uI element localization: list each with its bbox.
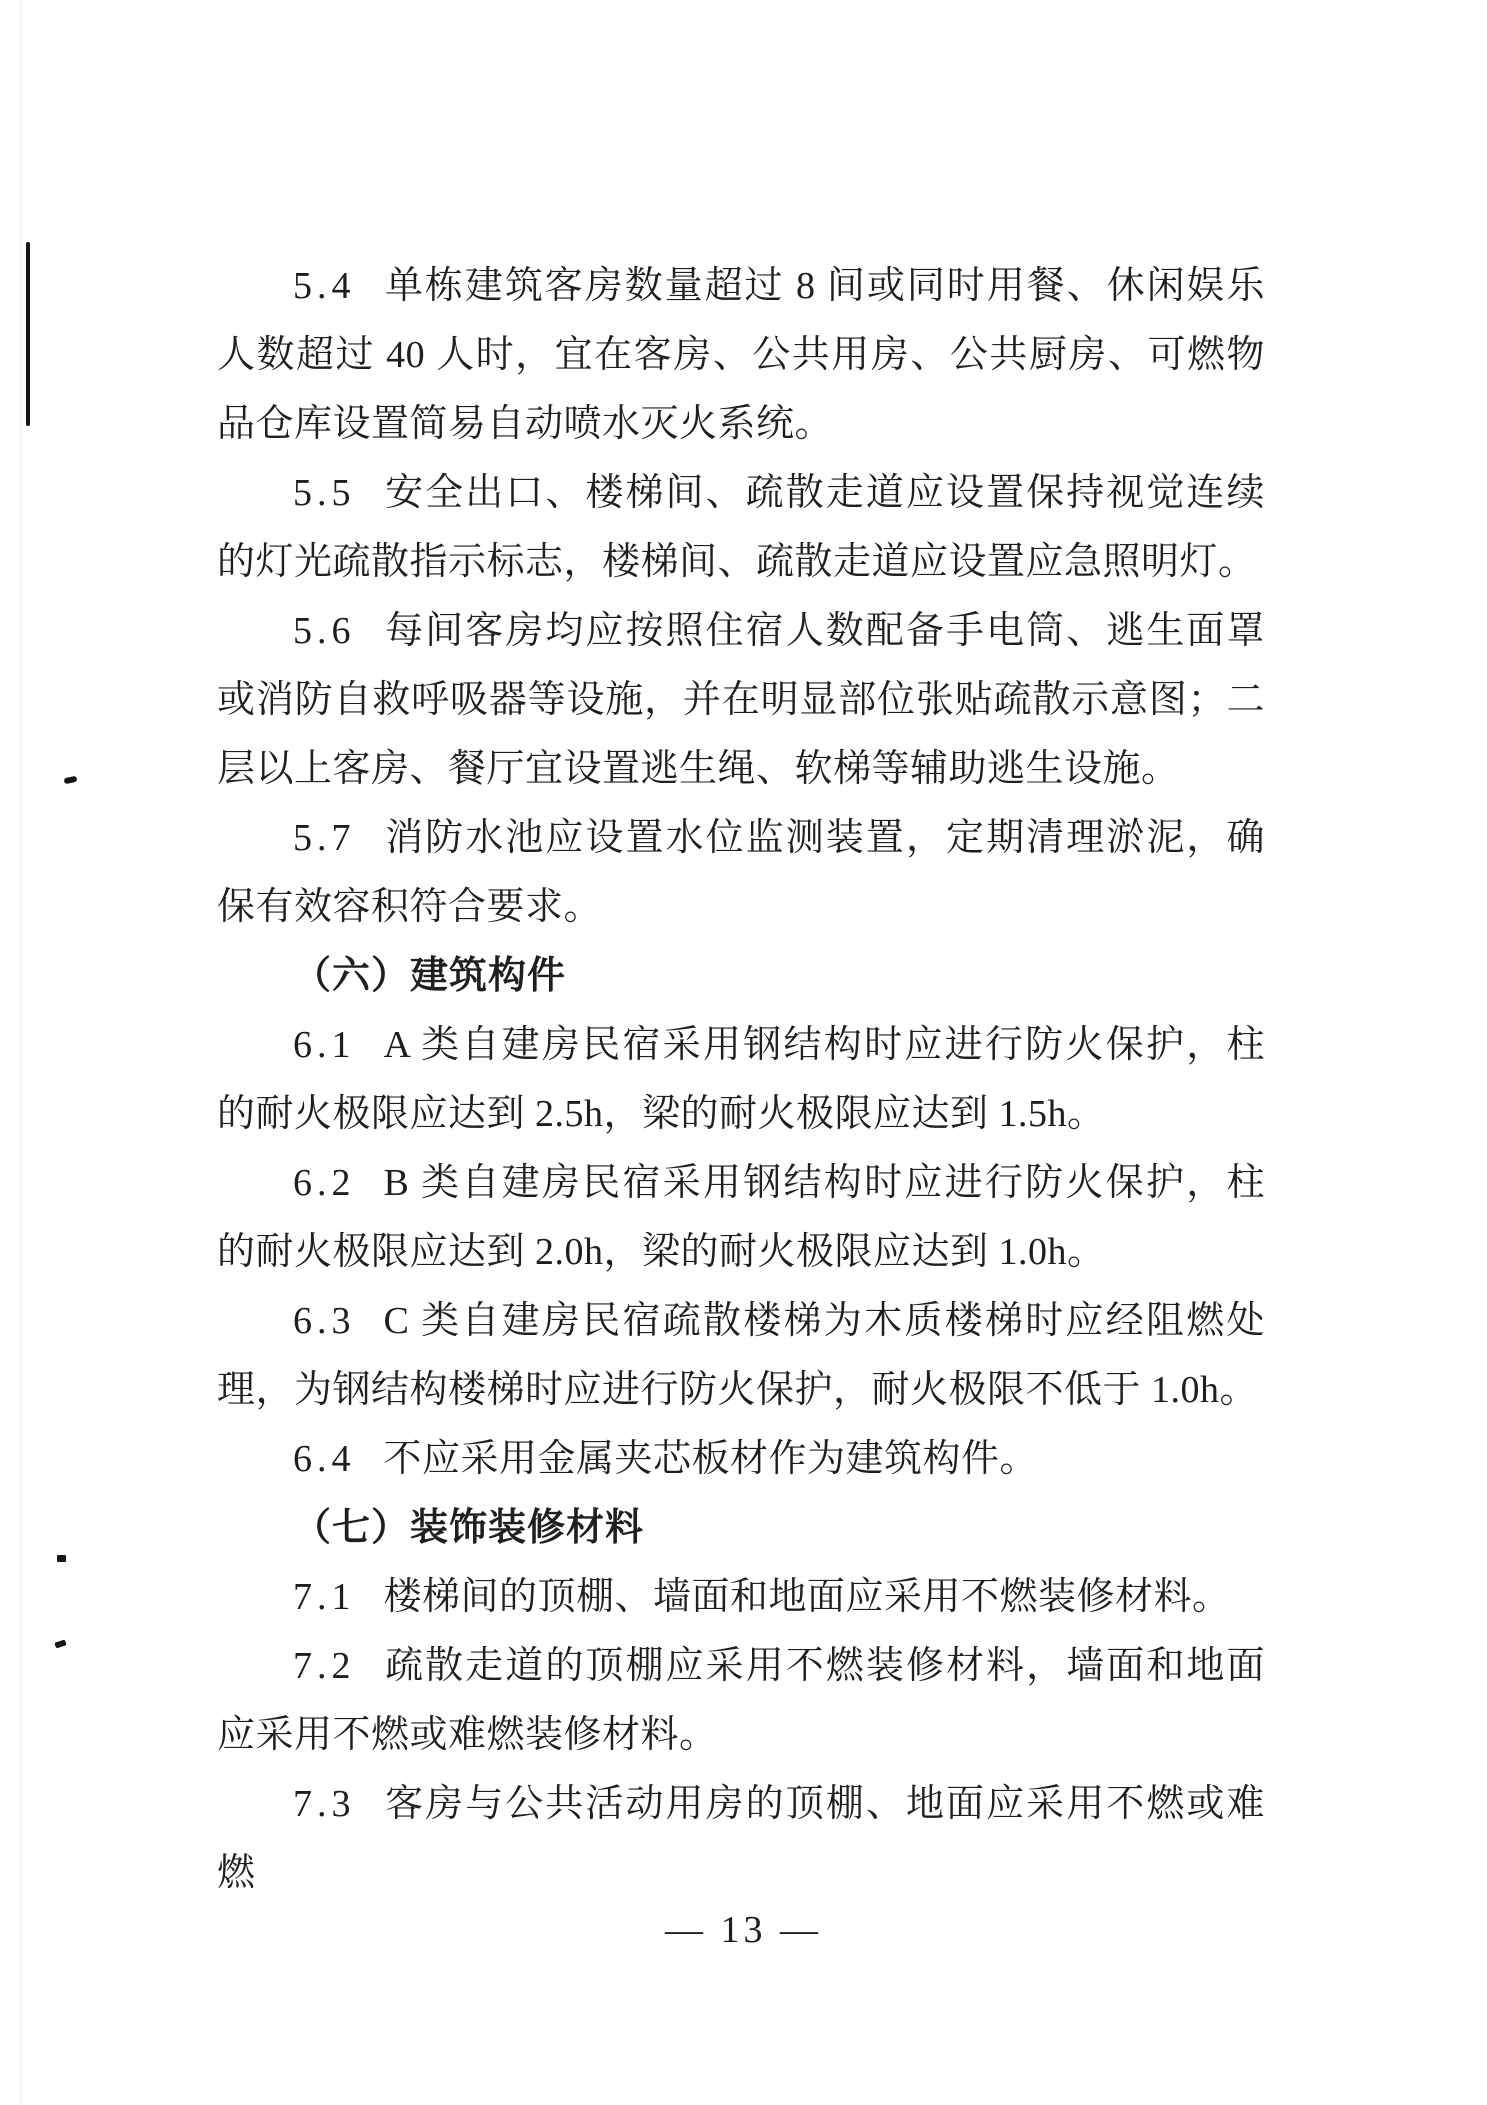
clause-number: 6.4 [293, 1438, 356, 1480]
para-7-3: 7.3客房与公共活动用房的顶棚、地面应采用不燃或难燃 [217, 1770, 1265, 1908]
section-heading-7: （七）装饰装修材料 [217, 1494, 1265, 1563]
clause-number: 5.5 [293, 472, 356, 514]
clause-text: 客房与公共活动用房的顶棚、地面应采用不燃或难燃 [217, 1783, 1265, 1894]
para-5-5: 5.5安全出口、楼梯间、疏散走道应设置保持视觉连续的灯光疏散指示标志，楼梯间、疏… [217, 459, 1265, 597]
document-body: 5.4单栋建筑客房数量超过 8 间或同时用餐、休闲娱乐人数超过 40 人时，宜在… [217, 252, 1265, 1908]
clause-text: C 类自建房民宿疏散楼梯为木质楼梯时应经阻燃处理，为钢结构楼梯时应进行防火保护，… [217, 1300, 1265, 1411]
clause-text: 疏散走道的顶棚应采用不燃装修材料，墙面和地面应采用不燃或难燃装修材料。 [217, 1645, 1265, 1756]
clause-number: 7.3 [293, 1783, 356, 1825]
para-6-1: 6.1A 类自建房民宿采用钢结构时应进行防火保护，柱的耐火极限应达到 2.5h，… [217, 1011, 1265, 1149]
clause-text: 消防水池应设置水位监测装置，定期清理淤泥，确保有效容积符合要求。 [217, 817, 1265, 928]
clause-number: 6.1 [293, 1024, 356, 1066]
clause-text: 楼梯间的顶棚、墙面和地面应采用不燃装修材料。 [384, 1576, 1231, 1618]
para-7-2: 7.2疏散走道的顶棚应采用不燃装修材料，墙面和地面应采用不燃或难燃装修材料。 [217, 1632, 1265, 1770]
clause-text: 不应采用金属夹芯板材作为建筑构件。 [384, 1438, 1039, 1480]
scanned-document-page: 5.4单栋建筑客房数量超过 8 间或同时用餐、休闲娱乐人数超过 40 人时，宜在… [0, 0, 1487, 2105]
clause-text: 安全出口、楼梯间、疏散走道应设置保持视觉连续的灯光疏散指示标志，楼梯间、疏散走道… [217, 472, 1265, 583]
clause-number: 6.2 [293, 1162, 356, 1204]
page-number: — 13 — [0, 1908, 1487, 1952]
clause-number: 6.3 [293, 1300, 356, 1342]
clause-text: 每间客房均应按照住宿人数配备手电筒、逃生面罩或消防自救呼吸器等设施，并在明显部位… [217, 610, 1265, 790]
clause-number: 5.4 [293, 265, 356, 307]
clause-text: 单栋建筑客房数量超过 8 间或同时用餐、休闲娱乐人数超过 40 人时，宜在客房、… [217, 265, 1265, 445]
para-6-2: 6.2B 类自建房民宿采用钢结构时应进行防火保护，柱的耐火极限应达到 2.0h，… [217, 1149, 1265, 1287]
stray-ink-mark [57, 1555, 66, 1562]
clause-text: A 类自建房民宿采用钢结构时应进行防火保护，柱的耐火极限应达到 2.5h，梁的耐… [217, 1024, 1265, 1135]
clause-number: 7.1 [293, 1576, 356, 1618]
clause-text: B 类自建房民宿采用钢结构时应进行防火保护，柱的耐火极限应达到 2.0h，梁的耐… [217, 1162, 1265, 1273]
heading-text: （六）建筑构件 [293, 955, 566, 997]
scan-streak-line [20, 0, 22, 2105]
stray-ink-mark [64, 776, 78, 785]
clause-number: 5.6 [293, 610, 356, 652]
para-5-4: 5.4单栋建筑客房数量超过 8 间或同时用餐、休闲娱乐人数超过 40 人时，宜在… [217, 252, 1265, 459]
para-6-4: 6.4不应采用金属夹芯板材作为建筑构件。 [217, 1425, 1265, 1494]
clause-number: 5.7 [293, 817, 356, 859]
heading-text: （七）装饰装修材料 [293, 1507, 644, 1549]
para-5-6: 5.6每间客房均应按照住宿人数配备手电筒、逃生面罩或消防自救呼吸器等设施，并在明… [217, 597, 1265, 804]
para-7-1: 7.1楼梯间的顶棚、墙面和地面应采用不燃装修材料。 [217, 1563, 1265, 1632]
clause-number: 7.2 [293, 1645, 356, 1687]
section-heading-6: （六）建筑构件 [217, 942, 1265, 1011]
para-6-3: 6.3C 类自建房民宿疏散楼梯为木质楼梯时应经阻燃处理，为钢结构楼梯时应进行防火… [217, 1287, 1265, 1425]
stray-ink-mark [54, 1639, 66, 1648]
scan-edge-mark [26, 242, 30, 426]
para-5-7: 5.7消防水池应设置水位监测装置，定期清理淤泥，确保有效容积符合要求。 [217, 804, 1265, 942]
